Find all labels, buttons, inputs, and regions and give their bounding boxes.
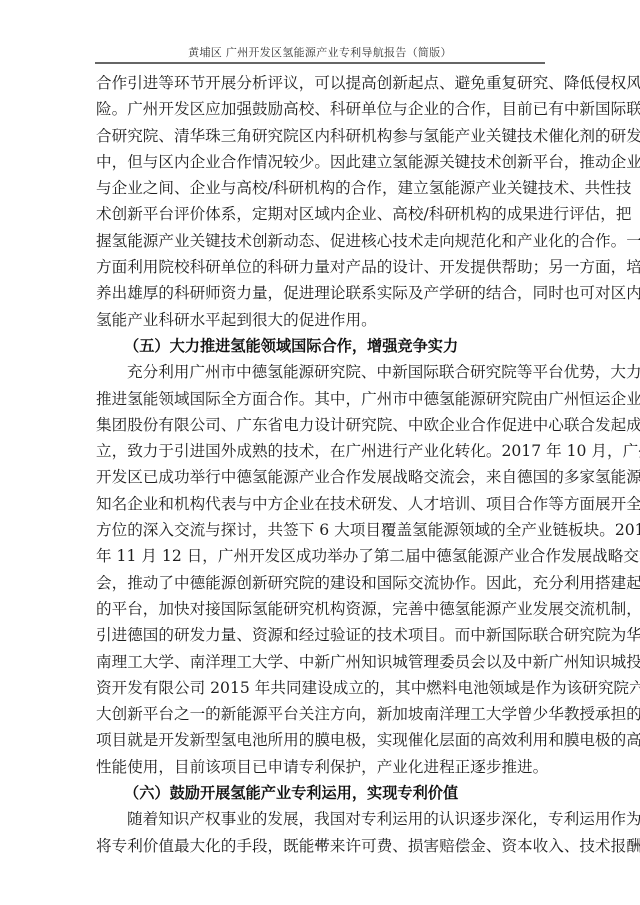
text-line: 引进德国的研发力量、资源和经过验证的技术项目。而中新国际联合研究院为华 (96, 622, 546, 648)
text-line: 知名企业和机构代表与中方企业在技术研发、人才培训、项目合作等方面展开全 (96, 491, 546, 517)
text-line: 养出雄厚的科研师资力量，促进理论联系实际及产学研的结合，同时也可对区内 (96, 280, 546, 306)
text-line: 充分利用广州市中德氢能源研究院、中新国际联合研究院等平台优势，大力 (96, 359, 546, 385)
text-line: 南理工大学、南洋理工大学、中新广州知识城管理委员会以及中新广州知识城投 (96, 649, 546, 675)
text-line: 氢能产业科研水平起到很大的促进作用。 (96, 307, 546, 333)
page-number: 40 (0, 838, 640, 850)
text-line: 方位的深入交流与探讨，共签下 6 大项目覆盖氢能源领域的全产业链板块。2018 (96, 517, 546, 543)
section-heading: （六）鼓励开展氢能产业专利运用，实现专利价值 (96, 780, 546, 806)
text-line: 险。广州开发区应加强鼓励高校、科研单位与企业的合作，目前已有中新国际联 (96, 96, 546, 122)
text-line: 资开发有限公司 2015 年共同建设成立的，其中燃料电池领域是作为该研究院六 (96, 675, 546, 701)
header-divider (95, 62, 545, 64)
section-heading: （五）大力推进氢能领域国际合作，增强竞争实力 (96, 333, 546, 359)
text-line: 年 11 月 12 日，广州开发区成功举办了第二届中德氢能源产业合作发展战略交流 (96, 543, 546, 569)
text-line: 集团股份有限公司、广东省电力设计研究院、中欧企业合作促进中心联合发起成 (96, 412, 546, 438)
text-line: 合研究院、清华珠三角研究院区内科研机构参与氢能产业关键技术催化剂的研发 (96, 123, 546, 149)
text-line: 握氢能源产业关键技术创新动态、促进核心技术走向规范化和产业化的合作。一 (96, 228, 546, 254)
text-line: 会，推动了中德能源创新研究院的建设和国际交流协作。因此，充分利用搭建起 (96, 570, 546, 596)
text-line: 推进氢能领域国际全方面合作。其中，广州市中德氢能源研究院由广州恒运企业 (96, 386, 546, 412)
text-line: 立，致力于引进国外成熟的技术，在广州进行产业化转化。2017 年 10 月，广州 (96, 438, 546, 464)
text-line: 性能使用，目前该项目已申请专利保护，产业化进程正逐步推进。 (96, 754, 546, 780)
text-line: 合作引进等环节开展分析评议，可以提高创新起点、避免重复研究、降低侵权风 (96, 70, 546, 96)
text-line: 的平台，加快对接国际氢能研究机构资源，完善中德氢能源产业发展交流机制， (96, 596, 546, 622)
text-line: 方面利用院校科研单位的科研力量对产品的设计、开发提供帮助；另一方面，培 (96, 254, 546, 280)
text-line: 开发区已成功举行中德氢能源产业合作发展战略交流会，来自德国的多家氢能源 (96, 464, 546, 490)
text-line: 中，但与区内企业合作情况较少。因此建立氢能源关键技术创新平台，推动企业 (96, 149, 546, 175)
text-line: 术创新平台评价体系，定期对区域内企业、高校/科研机构的成果进行评估，把 (96, 201, 546, 227)
running-header: 黄埔区 广州开发区氢能源产业专利导航报告（简版） (95, 44, 545, 60)
text-line: 与企业之间、企业与高校/科研机构的合作，建立氢能源产业关键技术、共性技 (96, 175, 546, 201)
text-line: 随着知识产权事业的发展，我国对专利运用的认识逐步深化，专利运用作为 (96, 806, 546, 832)
text-line: 项目就是开发新型氢电池所用的膜电极，实现催化层面的高效利用和膜电极的高 (96, 727, 546, 753)
text-line: 大创新平台之一的新能源平台关注方向，新加坡南洋理工大学曾少华教授承担的 (96, 701, 546, 727)
document-body: 合作引进等环节开展分析评议，可以提高创新起点、避免重复研究、降低侵权风险。广州开… (96, 70, 546, 859)
